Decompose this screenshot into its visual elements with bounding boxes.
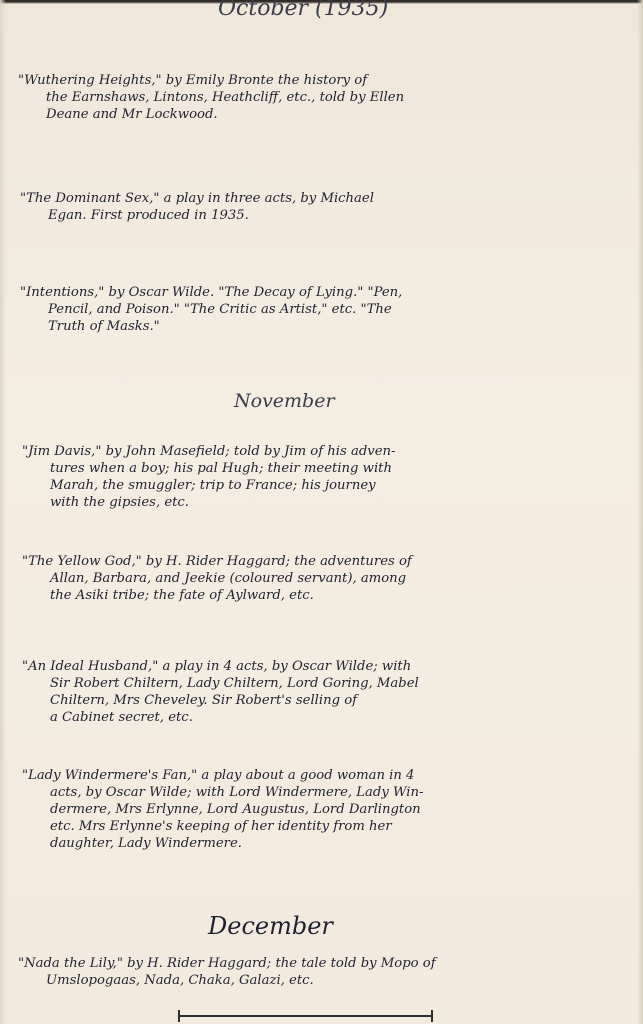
section-heading-december: December — [208, 912, 333, 940]
entry-wuthering-heights: "Wuthering Heights," by Emily Bronte the… — [18, 72, 404, 123]
entry-line: "Jim Davis," by John Masefield; told by … — [22, 443, 395, 460]
notebook-page: October (1935) "Wuthering Heights," by E… — [0, 0, 643, 1024]
page-edge-right — [637, 0, 643, 1024]
section-heading-november: November — [234, 390, 335, 412]
entry-nada-the-lily: "Nada the Lily," by H. Rider Haggard; th… — [18, 955, 436, 989]
entry-jim-davis: "Jim Davis," by John Masefield; told by … — [22, 443, 395, 511]
entry-line: Deane and Mr Lockwood. — [18, 106, 404, 123]
entry-line: Marah, the smuggler; trip to France; his… — [22, 477, 395, 494]
entry-line: Pencil, and Poison." "The Critic as Arti… — [20, 301, 402, 318]
entry-yellow-god: "The Yellow God," by H. Rider Haggard; t… — [22, 553, 412, 604]
entry-line: Egan. First produced in 1935. — [20, 207, 374, 224]
section-heading-october: October (1935) — [218, 0, 388, 21]
entry-intentions: "Intentions," by Oscar Wilde. "The Decay… — [20, 284, 402, 335]
entry-line: with the gipsies, etc. — [22, 494, 395, 511]
bracket-rule — [178, 1015, 433, 1017]
entry-line: tures when a boy; his pal Hugh; their me… — [22, 460, 395, 477]
entry-line: etc. Mrs Erlynne's keeping of her identi… — [22, 818, 423, 835]
entry-line: Sir Robert Chiltern, Lady Chiltern, Lord… — [22, 675, 419, 692]
entry-line: "Nada the Lily," by H. Rider Haggard; th… — [18, 955, 436, 972]
entry-lady-windermeres-fan: "Lady Windermere's Fan," a play about a … — [22, 767, 423, 852]
entry-line: "Lady Windermere's Fan," a play about a … — [22, 767, 423, 784]
entry-line: "Intentions," by Oscar Wilde. "The Decay… — [20, 284, 402, 301]
entry-line: Allan, Barbara, and Jeekie (coloured ser… — [22, 570, 412, 587]
entry-line: a Cabinet secret, etc. — [22, 709, 419, 726]
page-edge-left — [0, 0, 6, 1024]
entry-ideal-husband: "An Ideal Husband," a play in 4 acts, by… — [22, 658, 419, 726]
entry-line: "The Dominant Sex," a play in three acts… — [20, 190, 374, 207]
entry-line: the Asiki tribe; the fate of Aylward, et… — [22, 587, 412, 604]
entry-line: "An Ideal Husband," a play in 4 acts, by… — [22, 658, 419, 675]
entry-line: Chiltern, Mrs Cheveley. Sir Robert's sel… — [22, 692, 419, 709]
entry-dominant-sex: "The Dominant Sex," a play in three acts… — [20, 190, 374, 224]
entry-line: Truth of Masks." — [20, 318, 402, 335]
entry-line: acts, by Oscar Wilde; with Lord Winderme… — [22, 784, 423, 801]
entry-line: "Wuthering Heights," by Emily Bronte the… — [18, 72, 404, 89]
entry-line: "The Yellow God," by H. Rider Haggard; t… — [22, 553, 412, 570]
entry-line: daughter, Lady Windermere. — [22, 835, 423, 852]
entry-line: Umslopogaas, Nada, Chaka, Galazi, etc. — [18, 972, 436, 989]
entry-line: the Earnshaws, Lintons, Heathcliff, etc.… — [18, 89, 404, 106]
entry-line: dermere, Mrs Erlynne, Lord Augustus, Lor… — [22, 801, 423, 818]
